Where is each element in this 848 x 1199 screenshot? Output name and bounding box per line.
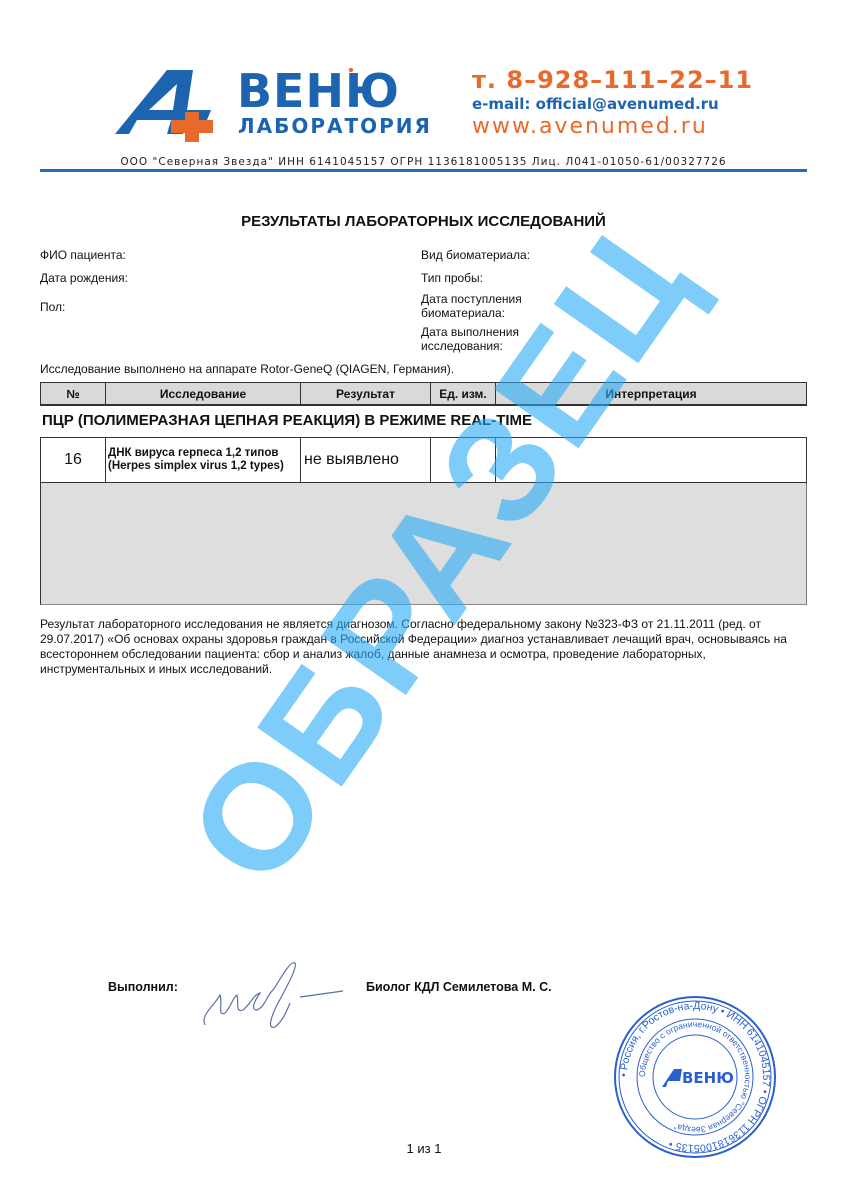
logo-name: ВЕНЮ bbox=[237, 68, 400, 114]
field-sex: Пол: bbox=[40, 300, 65, 314]
device-note: Исследование выполнено на аппарате Rotor… bbox=[40, 362, 454, 376]
stamp-center: ВЕНЮ bbox=[682, 1069, 734, 1087]
col-number: № bbox=[41, 383, 106, 404]
row-test-name: ДНК вируса герпеса 1,2 типов (Herpes sim… bbox=[106, 438, 301, 482]
company-details: ООО "Северная Звезда" ИНН 6141045157 ОГР… bbox=[40, 156, 807, 168]
signature-label: Выполнил: bbox=[108, 980, 178, 994]
row-unit bbox=[431, 438, 496, 482]
field-biomaterial: Вид биоматериала: bbox=[421, 248, 530, 262]
row-result: не выявлено bbox=[301, 438, 431, 482]
field-patient-name: ФИО пациента: bbox=[40, 248, 126, 262]
contact-email: e-mail: official@avenumed.ru bbox=[472, 97, 719, 112]
section-title: ПЦР (ПОЛИМЕРАЗНАЯ ЦЕПНАЯ РЕАКЦИЯ) В РЕЖИ… bbox=[42, 412, 532, 429]
page-number: 1 из 1 bbox=[380, 1141, 468, 1156]
header-divider bbox=[40, 169, 807, 172]
document-title: РЕЗУЛЬТАТЫ ЛАБОРАТОРНЫХ ИССЛЕДОВАНИЙ bbox=[40, 213, 807, 230]
signer-name: Биолог КДЛ Семилетова М. С. bbox=[366, 980, 552, 994]
signature-icon bbox=[195, 955, 345, 1035]
col-unit: Ед. изм. bbox=[431, 383, 496, 404]
field-performed-date: Дата выполнения исследования: bbox=[421, 325, 581, 353]
col-test: Исследование bbox=[106, 383, 301, 404]
table-empty-area bbox=[40, 483, 807, 605]
field-birth-date: Дата рождения: bbox=[40, 271, 128, 285]
field-received-date: Дата поступления биоматериала: bbox=[421, 292, 581, 320]
table-row: 16 ДНК вируса герпеса 1,2 типов (Herpes … bbox=[40, 437, 807, 483]
disclaimer-text: Результат лабораторного исследования не … bbox=[40, 617, 810, 677]
row-test-name-en: (Herpes simplex virus 1,2 types) bbox=[108, 460, 284, 473]
row-number: 16 bbox=[41, 438, 106, 482]
logo-subtitle: ЛАБОРАТОРИЯ bbox=[238, 116, 432, 136]
row-interpretation bbox=[496, 438, 806, 482]
col-interpretation: Интерпретация bbox=[496, 383, 806, 404]
results-table-header: № Исследование Результат Ед. изм. Интерп… bbox=[40, 382, 807, 406]
row-test-name-ru: ДНК вируса герпеса 1,2 типов bbox=[108, 447, 284, 460]
contact-phone: т. 8–928–111–22–11 bbox=[472, 68, 753, 92]
field-sample-type: Тип пробы: bbox=[421, 271, 483, 285]
contact-website: www.avenumed.ru bbox=[472, 116, 708, 138]
col-result: Результат bbox=[301, 383, 431, 404]
stamp-icon: • Россия, г.Ростов-на-Дону • ИНН 6141045… bbox=[610, 995, 780, 1160]
